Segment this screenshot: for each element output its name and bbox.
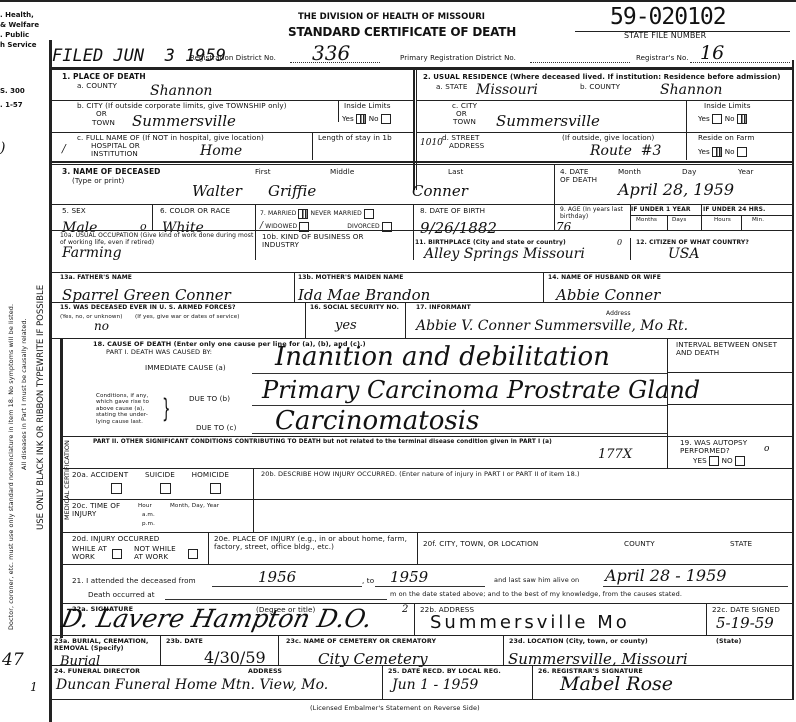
funeral-director-label: 24. FUNERAL DIRECTOR	[54, 668, 140, 675]
inside-limits-no-checkbox[interactable]	[381, 114, 391, 124]
spouse-label: 14. NAME OF HUSBAND OR WIFE	[548, 275, 661, 282]
form-right-border	[792, 60, 794, 700]
autopsy-mark: o	[764, 444, 769, 454]
industry-label: 10b. KIND OF BUSINESS OR INDUSTRY	[262, 233, 372, 250]
inside-limits-yes: Yes No	[342, 114, 391, 124]
instruction-text-1: Doctor, coroner, etc. must use only stan…	[8, 304, 15, 630]
city-label-town: TOWN	[92, 119, 115, 127]
column-divider	[417, 532, 418, 564]
attended-from-value: 1956	[258, 568, 296, 586]
address-label: Address	[606, 311, 631, 318]
last-saw-line	[603, 586, 788, 587]
homicide-label: HOMICIDE	[192, 470, 229, 479]
hospital-value: Home	[200, 143, 242, 159]
registrar-signature-value: Mabel Rose	[560, 673, 673, 695]
first-label: First	[255, 168, 271, 176]
death-occurred-tail: m on the date stated above; and to the b…	[390, 591, 682, 598]
street-value: Route #3	[590, 143, 661, 159]
injury-occurred-label: 20d. INJURY OCCURRED	[72, 535, 159, 543]
state-file-label: STATE FILE NUMBER	[624, 31, 706, 40]
burial-state-label: (State)	[716, 638, 742, 645]
form-code: . 1-57	[0, 98, 25, 112]
under-24-hours-label: IF UNDER 24 HRS.	[703, 207, 765, 214]
city-label: b. CITY (If outside corporate limits, gi…	[77, 102, 287, 110]
column-divider	[503, 635, 504, 665]
death-occurred-line	[165, 599, 387, 600]
residence-city-value: Summersville	[496, 112, 600, 130]
county-value: Shannon	[150, 83, 212, 99]
margin-agency: . Health, & Welfare . Public h Service	[0, 10, 39, 50]
column-divider	[667, 436, 668, 468]
pm-label: p.m.	[142, 521, 155, 527]
immediate-cause-value: Inanition and debilitation	[275, 342, 610, 372]
division-title: THE DIVISION OF HEALTH OF MISSOURI	[298, 12, 485, 22]
embalmer-note: (Licensed Embalmer's Statement on Revers…	[310, 705, 480, 712]
rule	[630, 215, 792, 216]
agency-line: . Health,	[0, 10, 39, 20]
mdy-label: Month, Day, Year	[170, 503, 219, 509]
column-divider	[382, 665, 383, 699]
middle-label: Middle	[330, 168, 354, 176]
column-divider	[208, 532, 209, 564]
birthplace-mark: 0	[617, 238, 622, 247]
days-label: Days	[672, 217, 686, 223]
armed-forces-label: 15. WAS DECEASED EVER IN U. S. ARMED FOR…	[60, 305, 236, 312]
burial-value: Burial	[60, 654, 100, 669]
never-married-checkbox[interactable]	[364, 209, 374, 219]
dob-label: 8. DATE OF BIRTH	[420, 207, 485, 215]
attended-from-line	[212, 586, 362, 587]
agency-line: . Public	[0, 30, 39, 40]
part2-label: PART II. OTHER SIGNIFICANT CONDITIONS CO…	[93, 439, 552, 446]
column-divider	[701, 204, 702, 230]
column-divider	[255, 204, 256, 230]
yes-label: Yes	[342, 114, 354, 123]
age-label: 9. AGE (In years last birthday)	[560, 207, 630, 221]
while-at-work-label: WHILE AT WORK	[72, 545, 110, 562]
column-divider	[554, 164, 555, 230]
column-divider	[741, 215, 742, 230]
suicide-checkbox[interactable]	[160, 483, 171, 494]
instruction-text-2: All diseases in Part I must be causally …	[21, 318, 28, 470]
due-to-c-label: DUE TO (c)	[196, 424, 237, 432]
funeral-address-label: ADDRESS	[248, 668, 282, 675]
handwritten-mark: 47	[2, 650, 24, 670]
interval-label: INTERVAL BETWEEN ONSET AND DEATH	[676, 341, 786, 358]
form-code: S. 300	[0, 84, 25, 98]
due-to-b-label: DUE TO (b)	[189, 395, 230, 403]
rule	[668, 372, 792, 373]
column-divider	[706, 603, 707, 635]
rule	[62, 468, 792, 469]
last-label: Last	[448, 168, 463, 176]
column-divider	[413, 230, 414, 260]
column-divider	[686, 100, 687, 160]
no-label: NO	[722, 456, 733, 465]
column-divider	[278, 635, 279, 665]
column-divider	[667, 338, 668, 438]
residence-inside-no-checkbox[interactable]	[737, 114, 747, 124]
column-divider	[160, 635, 161, 665]
state-value: Missouri	[476, 82, 538, 98]
marital-number: 7.	[260, 210, 266, 217]
death-occurred-label: Death occurred at	[88, 591, 155, 599]
accident-checkbox[interactable]	[111, 483, 122, 494]
armed-forces-sub-label: (Yes, no, or unknown)	[60, 314, 123, 320]
last-saw-value: April 28 - 1959	[605, 566, 726, 585]
not-while-at-work-checkbox[interactable]	[188, 549, 198, 559]
certificate-title: STANDARD CERTIFICATE OF DEATH	[288, 25, 516, 39]
hospital-mark: /	[62, 142, 66, 155]
informant-value: Abbie V. Conner Summersville, Mo Rt.	[416, 318, 688, 334]
while-at-work-checkbox[interactable]	[112, 549, 122, 559]
married-label: MARRIED	[268, 210, 297, 217]
injury-type: 20a. ACCIDENT SUICIDE HOMICIDE	[72, 471, 229, 479]
suicide-label: SUICIDE	[145, 470, 175, 479]
day-label: Day	[682, 168, 697, 176]
no-label: No	[725, 147, 735, 156]
column-divider	[414, 603, 415, 635]
armed-forces-sub-label-2: (If yes, give war or dates of service)	[135, 314, 240, 320]
signature-address-value: Summersville Mo	[430, 612, 630, 633]
no-label: No	[725, 114, 735, 123]
married-checkbox[interactable]	[298, 209, 308, 219]
margin-form-code: S. 300 . 1-57	[0, 84, 25, 112]
ssn-value: yes	[335, 318, 357, 333]
column-divider	[667, 215, 668, 230]
form-left-border	[49, 40, 52, 722]
immediate-cause-label: IMMEDIATE CAUSE (a)	[145, 364, 226, 372]
item-number: 20a.	[72, 470, 88, 479]
street-mark: 1010	[420, 138, 443, 148]
cemetery-label: 23c. NAME OF CEMETERY OR CREMATORY	[286, 638, 436, 645]
rule	[62, 499, 792, 500]
immediate-cause-line	[252, 373, 667, 374]
date-received-value: Jun 1 - 1959	[392, 677, 478, 693]
signature-mark: 2	[402, 604, 408, 615]
autopsy-no-checkbox[interactable]	[735, 456, 745, 466]
race-label: 6. COLOR OR RACE	[160, 207, 230, 215]
residence-county-label: b. COUNTY	[580, 83, 620, 91]
state-label: a. STATE	[436, 83, 467, 91]
due-to-c-value: Carcinomatosis	[275, 406, 479, 436]
last-saw-label: and last saw him alive on	[494, 577, 579, 584]
autopsy-label: 19. WAS AUTOPSY PERFORMED?	[680, 439, 750, 456]
first-name-value: Walter	[192, 182, 242, 200]
residence-inside-yes-checkbox[interactable]	[712, 114, 722, 124]
attended-label: 21. I attended the deceased from	[72, 577, 196, 585]
dob-value: 9/26/1882	[420, 219, 497, 237]
date-signed-value: 5-19-59	[716, 614, 774, 632]
column-divider	[312, 132, 313, 160]
accident-label: ACCIDENT	[91, 470, 129, 479]
farm-yes-checkbox[interactable]	[712, 147, 722, 157]
autopsy-options: YES NO	[693, 456, 745, 466]
column-divider	[338, 100, 339, 122]
agency-line: h Service	[0, 40, 39, 50]
widowed-label: WIDOWED	[265, 223, 297, 230]
column-divider	[255, 230, 256, 260]
column-divider	[294, 272, 295, 302]
rule	[52, 161, 792, 163]
registration-district-label: Registration District No.	[190, 54, 276, 62]
rule	[52, 699, 794, 700]
primary-district-dots	[530, 62, 630, 63]
conditions-note: Conditions, if any, which gave rise to a…	[96, 393, 154, 425]
injury-state-label: STATE	[730, 540, 752, 548]
occupation-value: Farming	[62, 245, 122, 261]
yes-label: Yes	[698, 147, 710, 156]
rule	[52, 635, 792, 636]
mother-label: 13b. MOTHER'S MAIDEN NAME	[298, 275, 403, 282]
agency-line: & Welfare	[0, 20, 39, 30]
farm-label: Reside on Farm	[698, 134, 754, 142]
column-divider	[405, 302, 406, 338]
brace: }	[162, 394, 170, 424]
middle-name-value: Griffie	[268, 182, 316, 200]
autopsy-yes-checkbox[interactable]	[709, 456, 719, 466]
rule	[52, 338, 792, 339]
usual-residence-label: 2. USUAL RESIDENCE (Where deceased lived…	[423, 73, 783, 81]
column-divider	[413, 204, 414, 230]
date-of-death-label: 4. DATE OF DEATH	[560, 168, 600, 185]
column-divider	[253, 468, 254, 532]
column-divider	[305, 302, 306, 338]
place-of-injury-label: 20e. PLACE OF INJURY (e.g., in or about …	[214, 535, 419, 552]
rule	[62, 436, 792, 437]
medical-certification-label: MEDICAL CERTIFICATION	[63, 440, 71, 520]
farm-no-checkbox[interactable]	[737, 147, 747, 157]
am-label: a.m.	[142, 512, 155, 518]
registration-district-dots	[290, 62, 380, 63]
rule	[52, 272, 792, 273]
length-of-stay-label: Length of stay in 1b	[318, 134, 392, 142]
months-label: Months	[636, 217, 657, 223]
rule	[62, 564, 792, 565]
inside-limits-yes-checkbox[interactable]	[356, 114, 366, 124]
registrar-no-dots	[690, 62, 790, 63]
primary-district-label: Primary Registration District No.	[400, 54, 516, 62]
rule	[52, 204, 792, 205]
under-1-year-label: IF UNDER 1 YEAR	[631, 207, 691, 214]
injury-county-label: COUNTY	[624, 540, 655, 548]
funeral-director-value: Duncan Funeral Home Mtn. View, Mo.	[56, 677, 328, 693]
describe-injury-label: 20b. DESCRIBE HOW INJURY OCCURRED. (Ente…	[261, 471, 580, 478]
no-label: No	[369, 114, 379, 123]
column-divider	[413, 70, 415, 190]
residence-inside-limits: Yes No	[698, 114, 747, 124]
not-while-at-work-label: NOT WHILE AT WORK	[134, 545, 186, 562]
residence-inside-limits-label: Inside Limits	[704, 102, 751, 110]
time-of-injury-label: 20c. TIME OF INJURY	[72, 502, 132, 519]
street-label-2: ADDRESS	[449, 142, 484, 150]
date-of-death-value: April 28, 1959	[618, 180, 734, 199]
top-border	[0, 0, 796, 2]
column-divider	[416, 70, 417, 190]
hour-label: Hour	[138, 503, 152, 509]
armed-forces-value: no	[94, 319, 109, 333]
hospital-label-3: INSTITUTION	[91, 150, 138, 158]
county-label: a. COUNTY	[77, 82, 117, 90]
date-received-label: 25. DATE RECD. BY LOCAL REG.	[388, 668, 501, 675]
rule	[52, 69, 792, 70]
informant-label: 17. INFORMANT	[416, 305, 471, 312]
sex-label: 5. SEX	[62, 207, 86, 215]
residence-county-value: Shannon	[660, 82, 722, 98]
yes-label: YES	[693, 456, 707, 465]
never-married-label: NEVER MARRIED	[310, 210, 361, 217]
residence-city-town: TOWN	[453, 118, 476, 126]
divorced-label: DIVORCED	[347, 223, 379, 230]
month-label: Month	[618, 168, 641, 176]
column-divider	[630, 238, 631, 260]
rule	[52, 230, 792, 231]
name-sub-label: (Type or print)	[72, 177, 124, 185]
year-label: Year	[738, 168, 754, 176]
part2-code: 177X	[598, 447, 632, 462]
column-divider	[152, 204, 153, 230]
age-value: 76	[556, 220, 571, 234]
ink-notice: USE ONLY BLACK INK OR RIBBON TYPEWRITE I…	[36, 285, 46, 530]
birthplace-value: Alley Springs Missouri	[424, 246, 585, 262]
ssn-label: 16. SOCIAL SECURITY NO.	[310, 305, 399, 312]
to-label: , to	[362, 577, 374, 585]
column-divider	[543, 272, 544, 302]
homicide-checkbox[interactable]	[210, 483, 221, 494]
citizen-value: USA	[668, 246, 700, 262]
rule	[52, 665, 792, 666]
rule	[668, 404, 792, 405]
injury-city-label: 20f. CITY, TOWN, OR LOCATION	[423, 540, 538, 548]
due-to-b-value: Primary Carcinoma Prostrate Gland	[262, 376, 700, 404]
margin-paren: )	[0, 140, 5, 156]
column-divider	[532, 665, 533, 699]
father-label: 13a. FATHER'S NAME	[60, 275, 132, 282]
burial-label: 23a. BURIAL, CREMATION, REMOVAL (Specify…	[54, 638, 159, 652]
farm-options: Yes No	[698, 147, 747, 157]
rule	[62, 532, 792, 533]
attended-to-value: 1959	[390, 568, 428, 586]
hours-label: Hours	[714, 217, 731, 223]
city-value: Summersville	[132, 112, 236, 130]
street-note: (If outside, give location)	[562, 134, 654, 142]
yes-label: Yes	[698, 114, 710, 123]
column-divider	[62, 338, 63, 638]
registrar-no-label: Registrar's No.	[636, 54, 689, 62]
handwritten-mark: 1	[30, 680, 38, 694]
burial-location-label: 23d. LOCATION (City, town, or county)	[509, 638, 648, 645]
rule	[52, 302, 792, 303]
physician-signature: D. Lavere Hampton D.O.	[59, 604, 375, 633]
registrar-no-value: 16	[700, 42, 724, 64]
attended-to-line	[375, 586, 485, 587]
part1-label: PART I. DEATH WAS CAUSED BY:	[106, 349, 212, 356]
state-file-number: 59-020102	[610, 4, 726, 30]
min-label: Min.	[752, 217, 764, 223]
burial-date-label: 23b. DATE	[166, 638, 203, 645]
last-name-value: Conner	[412, 182, 468, 200]
rule	[52, 164, 792, 165]
inside-limits-label: Inside Limits	[344, 102, 391, 110]
